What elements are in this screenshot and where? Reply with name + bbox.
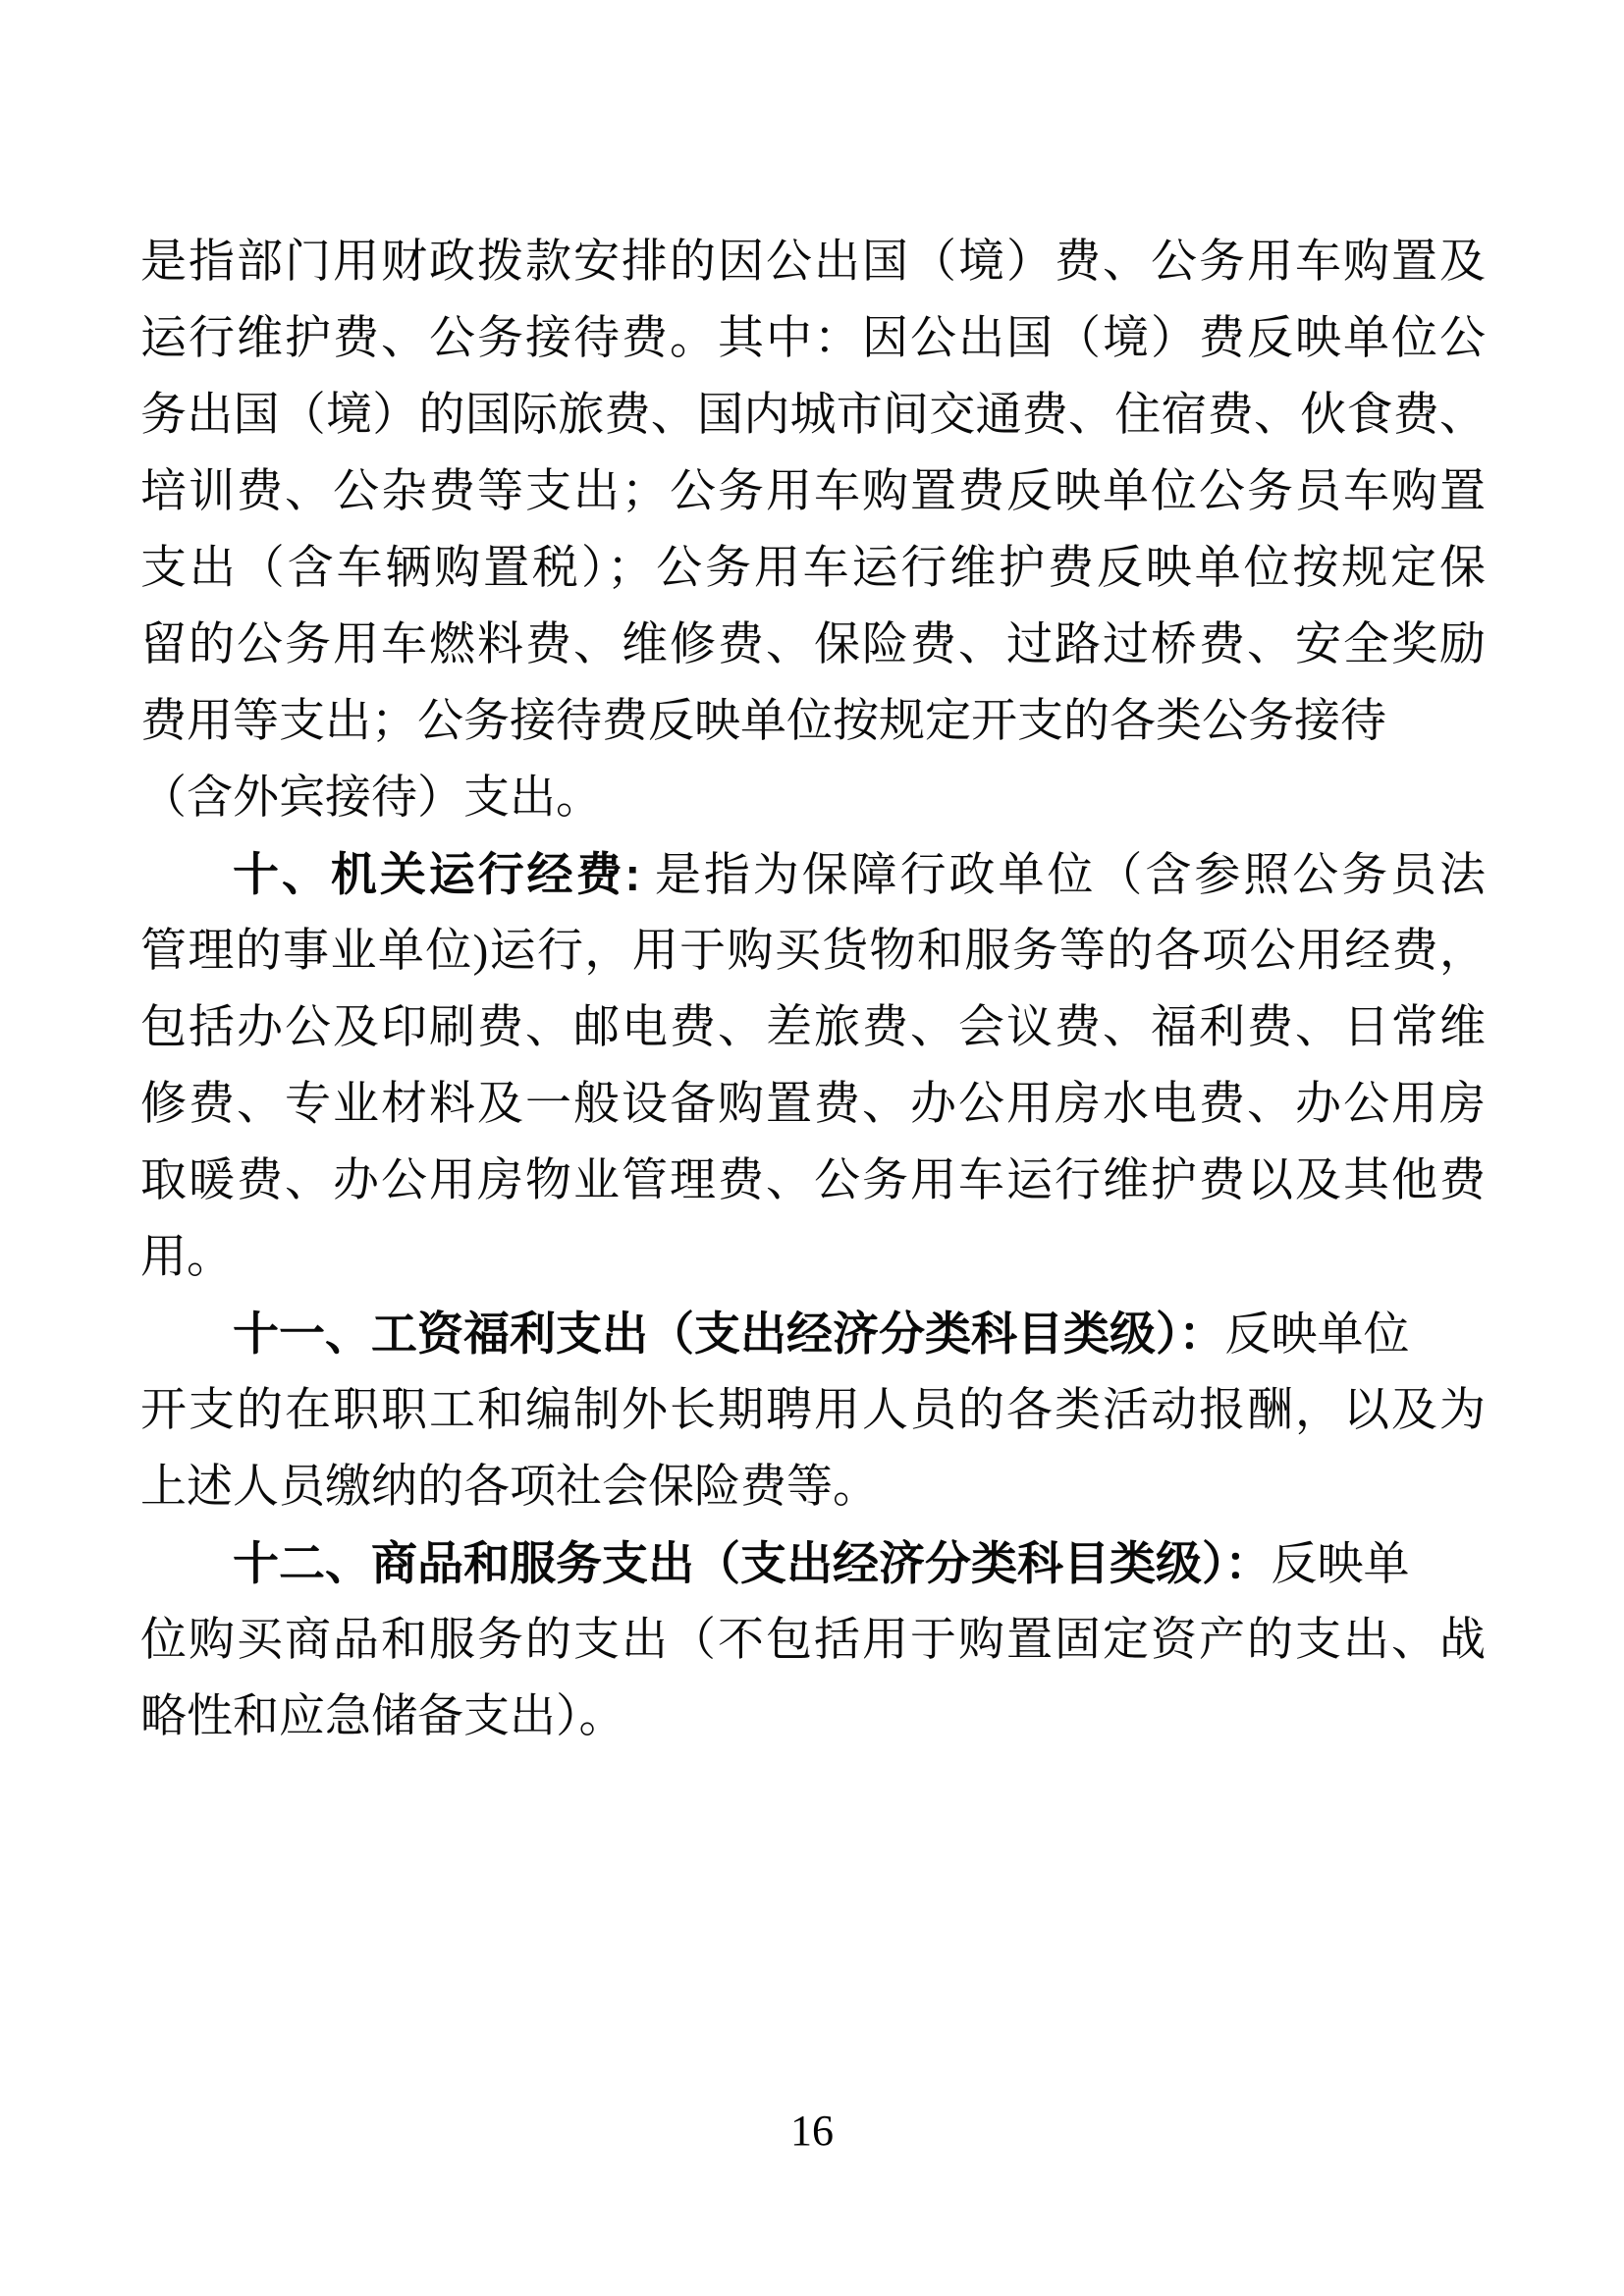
text-line: 包括办公及印刷费、邮电费、差旅费、会议费、福利费、日常维 — [140, 989, 1486, 1066]
text-line: 留的公务用车燃料费、维修费、保险费、过路过桥费、安全奖励 — [140, 607, 1486, 683]
text-line: 是指部门用财政拨款安排的因公出国（境）费、公务用车购置及 — [140, 224, 1486, 300]
text-line: （含外宾接待）支出。 — [140, 760, 1486, 836]
text-line: 费用等支出；公务接待费反映单位按规定开支的各类公务接待 — [140, 683, 1486, 760]
text-line: 培训费、公杂费等支出；公务用车购置费反映单位公务员车购置 — [140, 454, 1486, 530]
text-line: 支出（含车辆购置税）；公务用车运行维护费反映单位按规定保 — [140, 530, 1486, 607]
body-text: 是指为保障行政单位（含参照公务员法 — [640, 850, 1486, 901]
heading-label: 十二、商品和服务支出（支出经济分类科目类级）： — [233, 1537, 1272, 1589]
text-line: 管理的事业单位)运行，用于购买货物和服务等的各项公用经费， — [140, 913, 1486, 989]
page-number: 16 — [0, 2107, 1624, 2156]
heading-label: 十、机关运行经费: — [233, 848, 640, 900]
text-block: 是指部门用财政拨款安排的因公出国（境）费、公务用车购置及运行维护费、公务接待费。… — [140, 224, 1486, 1755]
body-text: 反映单 — [1272, 1539, 1410, 1590]
text-line: 务出国（境）的国际旅费、国内城市间交通费、住宿费、伙食费、 — [140, 377, 1486, 454]
text-line: 十一、工资福利支出（支出经济分类科目类级）：反映单位 — [140, 1296, 1486, 1372]
heading-label: 十一、工资福利支出（支出经济分类科目类级）： — [233, 1308, 1225, 1360]
text-line: 位购买商品和服务的支出（不包括用于购置固定资产的支出、战 — [140, 1602, 1486, 1679]
text-line: 略性和应急储备支出）。 — [140, 1679, 1486, 1755]
text-line: 取暖费、办公用房物业管理费、公务用车运行维护费以及其他费 — [140, 1143, 1486, 1219]
body-text: 反映单位 — [1225, 1309, 1410, 1361]
text-line: 开支的在职职工和编制外长期聘用人员的各类活动报酬，以及为 — [140, 1372, 1486, 1449]
text-line: 用。 — [140, 1219, 1486, 1296]
document-page: 是指部门用财政拨款安排的因公出国（境）费、公务用车购置及运行维护费、公务接待费。… — [0, 0, 1624, 2296]
text-line: 十二、商品和服务支出（支出经济分类科目类级）：反映单 — [140, 1525, 1486, 1602]
text-line: 上述人员缴纳的各项社会保险费等。 — [140, 1449, 1486, 1525]
text-line: 修费、专业材料及一般设备购置费、办公用房水电费、办公用房 — [140, 1066, 1486, 1143]
text-line: 运行维护费、公务接待费。其中：因公出国（境）费反映单位公 — [140, 300, 1486, 377]
text-line: 十、机关运行经费: 是指为保障行政单位（含参照公务员法 — [140, 836, 1486, 913]
